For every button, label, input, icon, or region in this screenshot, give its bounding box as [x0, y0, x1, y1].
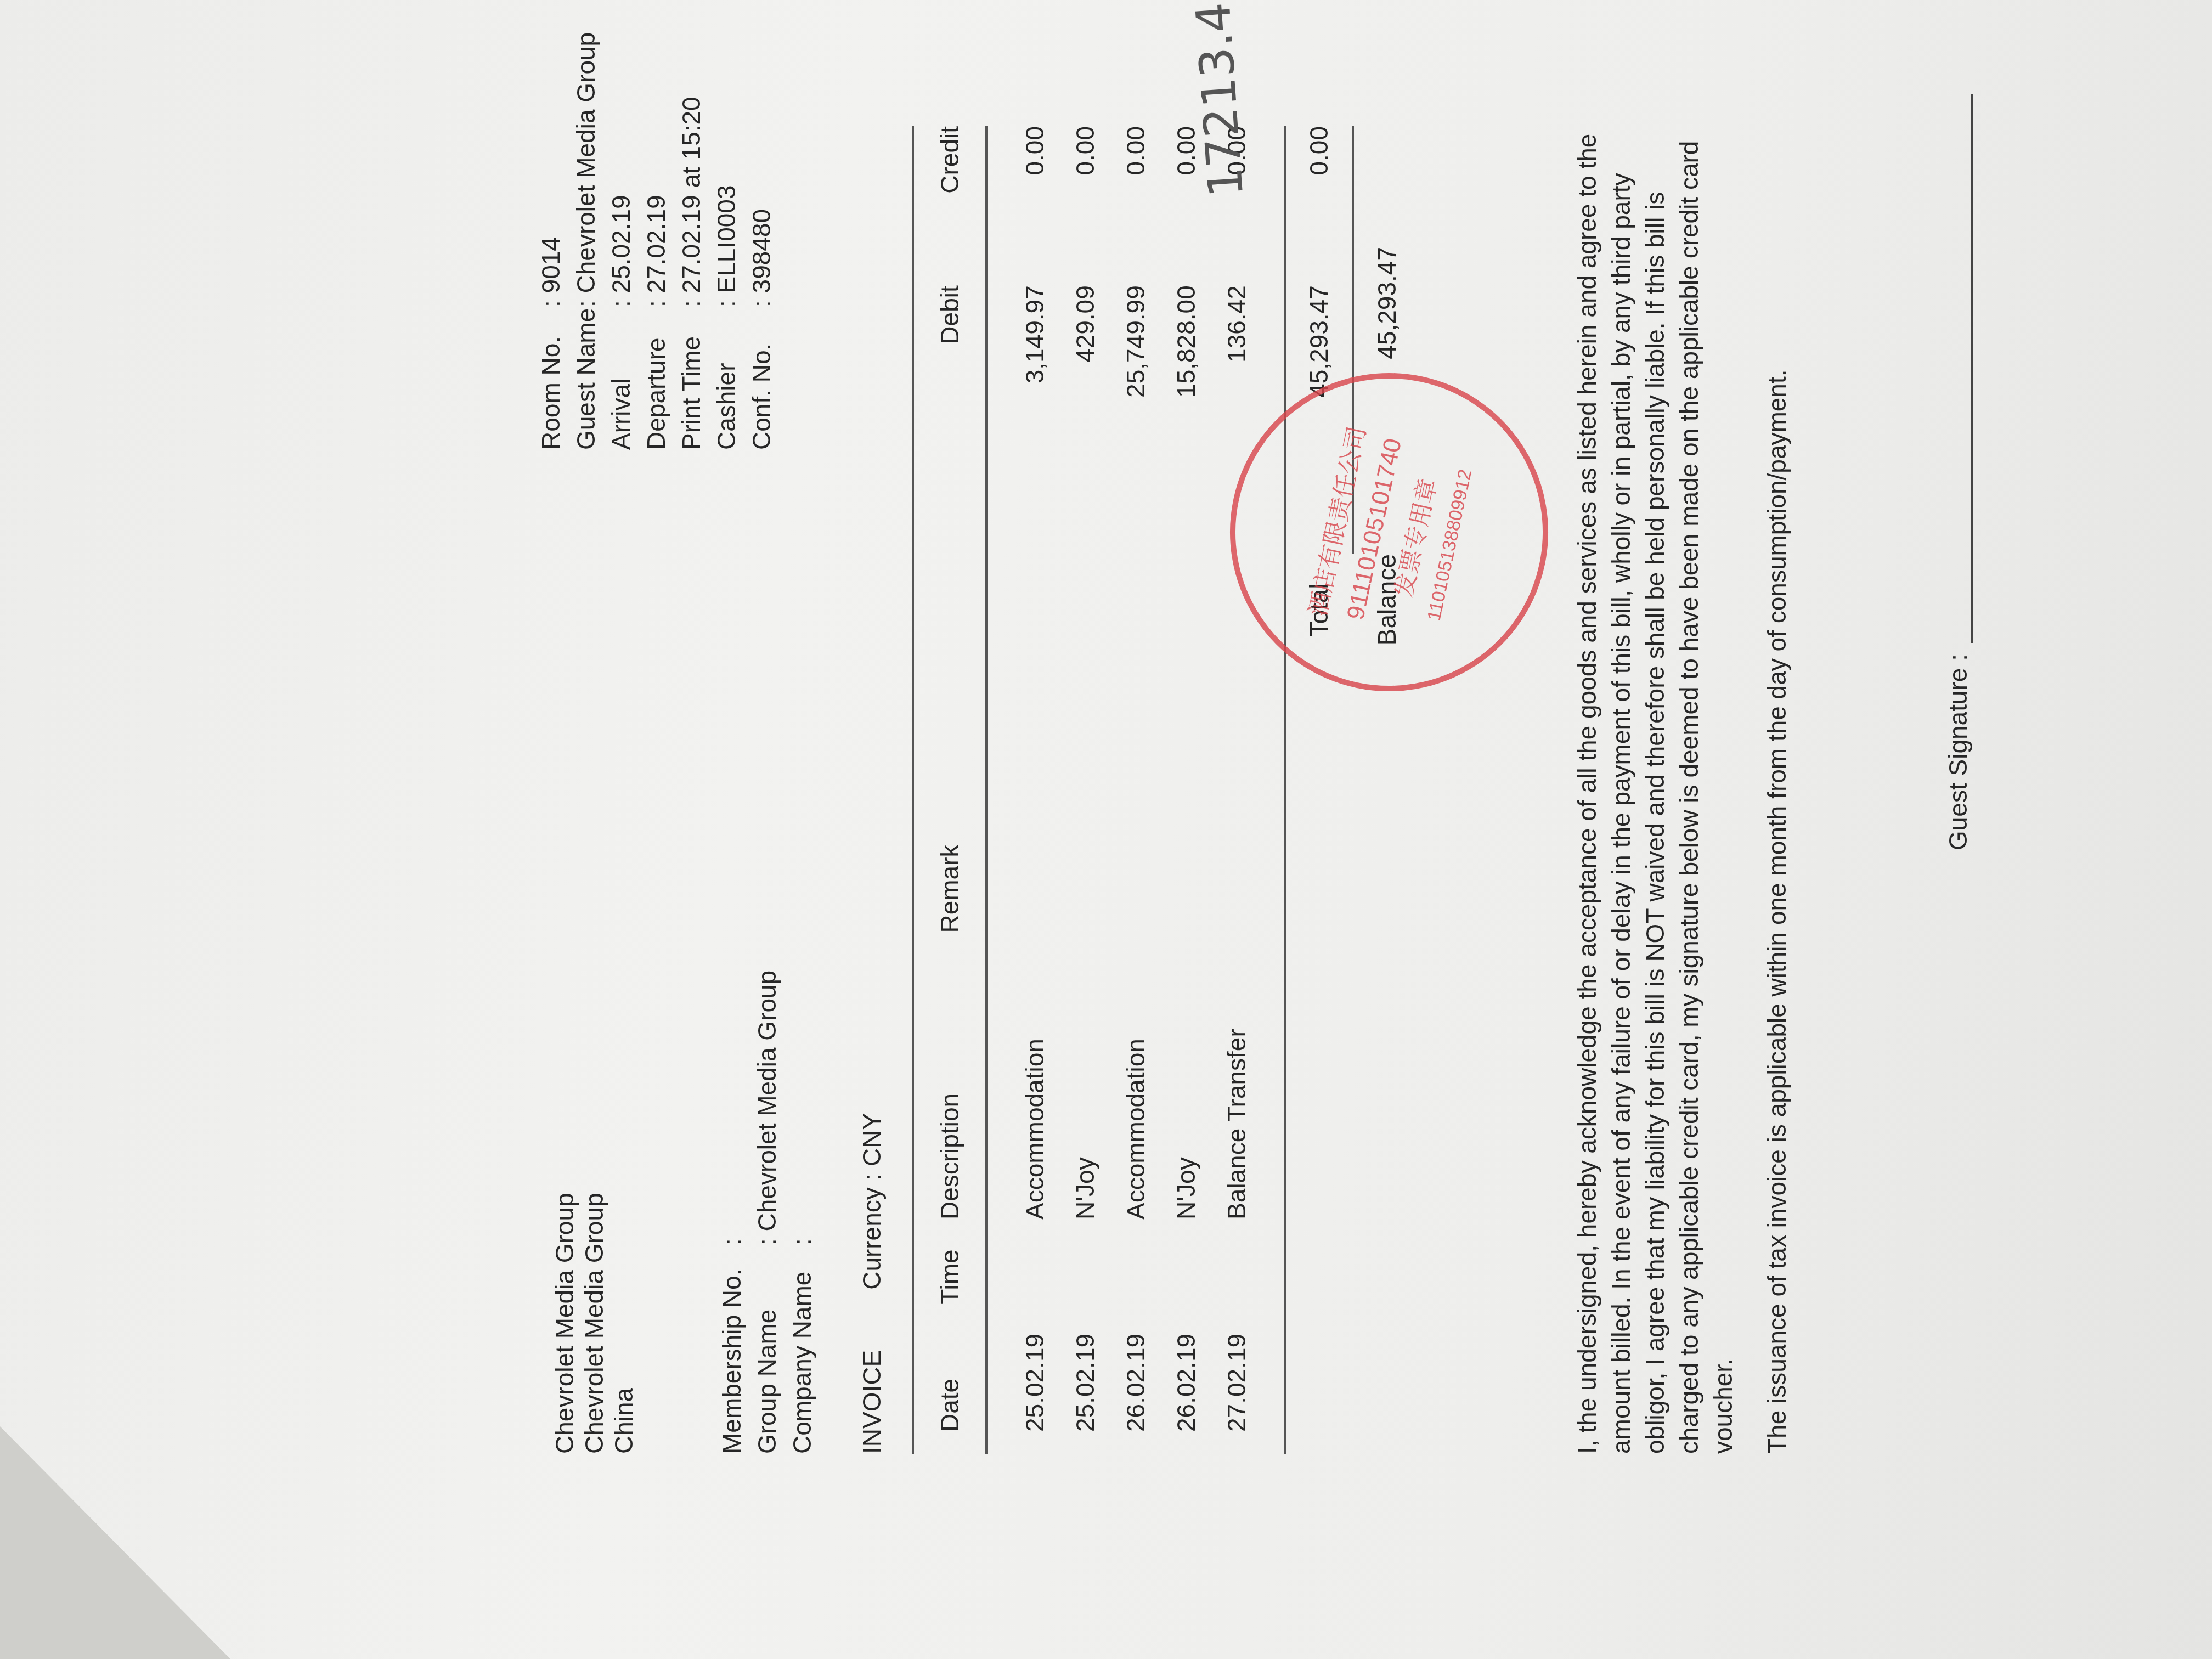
header-credit: Credit [935, 126, 964, 285]
table-row: 25.02.19N'Joy429.090.00 [1060, 126, 1110, 1454]
header-date: Date [935, 1305, 964, 1454]
signature-label: Guest Signature : [1943, 654, 1973, 850]
print-time-row: Print Time: 27.02.19 at 15:20 [674, 0, 709, 450]
signature-line[interactable] [1949, 94, 1973, 643]
table-row: 26.02.19Accommodation25,749.990.00 [1110, 126, 1161, 1454]
table-body: 25.02.19Accommodation3,149.970.0025.02.1… [988, 126, 1284, 1454]
label: Arrival [603, 307, 639, 450]
invoice-label: INVOICE [857, 1350, 887, 1454]
company-name-row: Company Name: [785, 938, 820, 1454]
label: Room No. [533, 307, 568, 450]
cell-debit: 3,149.97 [1020, 285, 1049, 561]
value: : 25.02.19 [603, 0, 639, 307]
value: : Chevrolet Media Group [568, 0, 603, 307]
membership-info: Membership No.: Group Name: Chevrolet Me… [714, 938, 820, 1454]
value: : 9014 [533, 0, 568, 307]
header-description: Description [935, 933, 964, 1220]
value: : 27.02.19 [639, 0, 674, 307]
room-no-row: Room No.: 9014 [533, 0, 568, 450]
value: : [714, 938, 749, 1245]
table-row: 26.02.19N'Joy15,828.000.00 [1161, 126, 1211, 1454]
cell-date: 25.02.19 [1070, 1305, 1100, 1454]
header-remark: Remark [935, 561, 964, 933]
total-credit: 0.00 [1304, 126, 1334, 285]
address-line: Chevrolet Media Group [550, 1193, 579, 1454]
cell-credit: 0.00 [1121, 126, 1150, 285]
departure-row: Departure: 27.02.19 [639, 0, 674, 450]
group-name-row: Group Name: Chevrolet Media Group [749, 938, 785, 1454]
value: : [785, 938, 820, 1245]
label: Departure [639, 307, 674, 450]
cell-debit: 429.09 [1070, 285, 1100, 561]
table-row: 25.02.19Accommodation3,149.970.00 [1009, 126, 1060, 1454]
arrival-row: Arrival: 25.02.19 [603, 0, 639, 450]
cell-description: N'Joy [1171, 933, 1201, 1220]
guest-name-row: Guest Name: Chevrolet Media Group [568, 0, 603, 450]
cell-date: 27.02.19 [1222, 1305, 1251, 1454]
guest-signature: Guest Signature : [1943, 94, 1973, 850]
label: Guest Name [568, 307, 603, 450]
label: Cashier [709, 307, 744, 450]
conf-no-row: Conf. No.: 398480 [744, 0, 779, 450]
table-header: Date Time Description Remark Debit Credi… [914, 126, 985, 1454]
terms-paragraph: I, the undersigned, hereby acknowledge t… [1570, 104, 1740, 1454]
total-row: Total 45,293.47 0.00 [1286, 126, 1352, 1454]
currency-label: Currency : CNY [857, 1113, 887, 1290]
cell-date: 26.02.19 [1121, 1305, 1150, 1454]
charges-table: Date Time Description Remark Debit Credi… [912, 126, 1420, 1454]
table-row: 27.02.19Balance Transfer136.420.00 [1211, 126, 1262, 1454]
invoice-page: Chevrolet Media Group Chevrolet Media Gr… [188, 0, 2212, 1591]
cell-debit: 15,828.00 [1171, 285, 1201, 561]
cell-credit: 0.00 [1020, 126, 1049, 285]
cell-credit: 0.00 [1070, 126, 1100, 285]
cell-description: Accommodation [1020, 933, 1049, 1220]
label: Membership No. [714, 1245, 749, 1454]
cashier-row: Cashier: ELLI0003 [709, 0, 744, 450]
tax-invoice-note: The issuance of tax invoice is applicabl… [1762, 369, 1792, 1454]
guest-info: Room No.: 9014 Guest Name: Chevrolet Med… [533, 0, 779, 450]
label: Company Name [785, 1245, 820, 1454]
address-line: Chevrolet Media Group [579, 1193, 609, 1454]
label: Conf. No. [744, 307, 779, 450]
balance-row: Balance 45,293.47 [1354, 126, 1420, 1454]
cell-description: Balance Transfer [1222, 933, 1251, 1220]
total-label: Total [1304, 561, 1334, 1454]
billing-address: Chevrolet Media Group Chevrolet Media Gr… [550, 1193, 639, 1454]
header-debit: Debit [935, 285, 964, 561]
membership-row: Membership No.: [714, 938, 749, 1454]
address-line: China [609, 1193, 639, 1454]
value: : Chevrolet Media Group [749, 938, 785, 1245]
cell-date: 25.02.19 [1020, 1305, 1049, 1454]
cell-date: 26.02.19 [1171, 1305, 1201, 1454]
label: Print Time [674, 307, 709, 450]
value: : ELLI0003 [709, 0, 744, 307]
header-time: Time [935, 1220, 964, 1305]
cell-debit: 25,749.99 [1121, 285, 1150, 561]
value: : 27.02.19 at 15:20 [674, 0, 709, 307]
label: Group Name [749, 1245, 785, 1454]
cell-description: N'Joy [1070, 933, 1100, 1220]
cell-description: Accommodation [1121, 933, 1150, 1220]
invoice-heading: INVOICE Currency : CNY [857, 1113, 887, 1454]
value: : 398480 [744, 0, 779, 307]
